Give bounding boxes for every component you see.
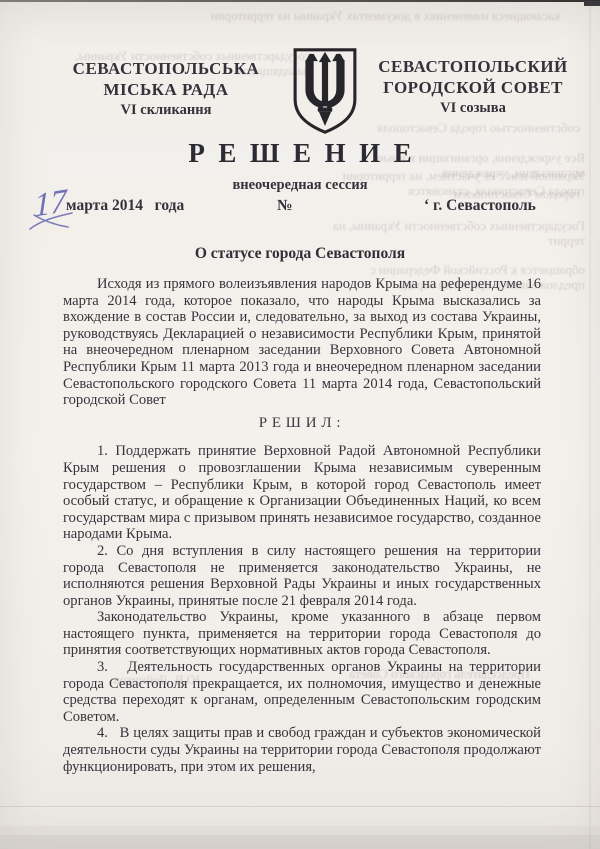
- resolution-item-2: 2. Со дня вступления в силу настоящего р…: [63, 543, 541, 609]
- bleedthrough-text: собственностью города Севастополя: [360, 120, 580, 135]
- scan-streak: [0, 806, 600, 807]
- place-name: ‘ г. Севастополь: [424, 197, 536, 215]
- scanned-document-page: касающиеся изменениях в документах Украи…: [0, 0, 600, 849]
- council-name-ru-line2: ГОРОДСКОЙ СОВЕТ: [362, 77, 584, 98]
- convocation-uk: VI скликання: [58, 101, 274, 120]
- header-ukrainian-block: СЕВАСТОПОЛЬСЬКА МІСЬКА РАДА VI скликання: [58, 58, 274, 120]
- convocation-ru: VI созыва: [362, 99, 584, 118]
- resolved-heading: РЕШИЛ:: [63, 415, 541, 432]
- council-name-uk-line2: МІСЬКА РАДА: [58, 79, 274, 100]
- scan-corner-mark: [584, 1, 600, 6]
- resolution-item-3: 3. Деятельность государственных органов …: [63, 659, 541, 725]
- resolution-item-2-subparagraph: Законодательство Украины, кроме указанно…: [63, 609, 541, 659]
- preamble-paragraph: Исходя из прямого волеизъявления народов…: [63, 276, 541, 409]
- resolution-item-4: 4. В целях защиты прав и свобод граждан …: [63, 725, 541, 775]
- scan-edge-line: [0, 0, 600, 2]
- council-name-uk-line1: СЕВАСТОПОЛЬСЬКА: [58, 58, 274, 79]
- council-name-ru-line1: СЕВАСТОПОЛЬСКИЙ: [362, 56, 584, 77]
- document-body: Исходя из прямого волеизъявления народов…: [63, 276, 541, 775]
- session-type: внеочередная сессия: [0, 177, 600, 194]
- document-subject: О статусе города Севастополя: [0, 245, 600, 263]
- scan-shadow: [0, 835, 600, 849]
- bleedthrough-text: касающиеся изменениях в документах Украи…: [40, 8, 560, 23]
- document-title: РЕШЕНИЕ: [0, 138, 600, 169]
- dateline: 17 марта 2014 года № ‘ г. Севастополь: [0, 197, 600, 223]
- ukraine-trident-emblem-icon: [291, 45, 359, 137]
- header-russian-block: СЕВАСТОПОЛЬСКИЙ ГОРОДСКОЙ СОВЕТ VI созыв…: [362, 56, 584, 118]
- resolution-item-1: 1. Поддержать принятие Верховной Радой А…: [63, 443, 541, 543]
- date-text: марта 2014 года: [66, 197, 184, 215]
- paper-fold-line: [589, 0, 591, 849]
- number-sign: №: [277, 197, 293, 215]
